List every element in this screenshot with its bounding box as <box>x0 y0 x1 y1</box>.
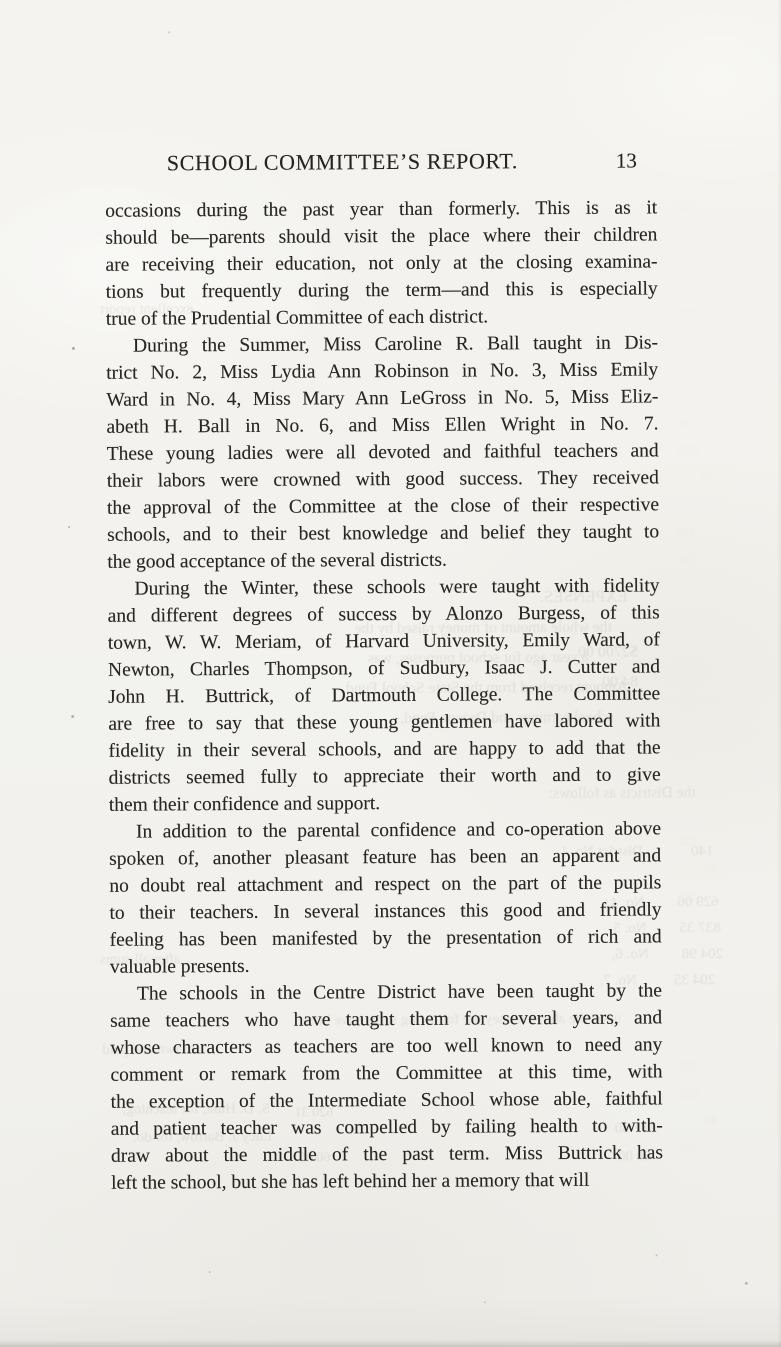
running-head-title: SCHOOL COMMITTEE’S REPORT. <box>167 148 518 176</box>
bleedthrough-mark <box>671 255 697 264</box>
text-line: occasions during the past year than form… <box>105 194 657 224</box>
bleedthrough-mark <box>674 418 692 427</box>
bleedthrough-mark <box>703 1116 717 1124</box>
text-line: the approval of the Committee at the clo… <box>107 491 659 521</box>
text-line: abeth H. Ball in No. 6, and Miss Ellen W… <box>106 410 658 440</box>
bleedthrough-mark <box>673 309 697 318</box>
bleedthrough-mark <box>680 1143 698 1152</box>
ink-speck <box>484 1301 486 1303</box>
text-line: and different degrees of success by Alon… <box>108 599 660 629</box>
text-line: These young ladies were all devoted and … <box>107 437 659 467</box>
bleedthrough-mark <box>697 242 711 250</box>
scan-bottom-edge-shadow <box>0 1340 781 1347</box>
text-line: The schools in the Centre District have … <box>110 977 662 1007</box>
bleedthrough-text: 140 <box>691 843 714 860</box>
scanned-page: excellent reportEXPENSES.the whole amoun… <box>0 0 781 1347</box>
bleedthrough-mark <box>677 555 693 564</box>
bleedthrough-mark <box>680 1061 698 1070</box>
text-line: and patient teacher was compelled by fai… <box>111 1112 663 1142</box>
bleedthrough-mark <box>677 891 699 900</box>
text-line: John H. Buttrick, of Dartmouth College. … <box>108 680 660 710</box>
bleedthrough-mark <box>677 836 697 845</box>
text-line: the exception of the Intermediate School… <box>111 1085 663 1115</box>
bleedthrough-mark <box>699 473 713 481</box>
text-line: should be—parents should visit the place… <box>105 221 657 251</box>
scan-right-edge-shadow <box>777 0 781 1347</box>
ink-speck <box>68 526 70 528</box>
bleedthrough-mark <box>675 228 691 237</box>
text-line: draw about the middle of the past term. … <box>111 1139 663 1169</box>
ink-speck <box>72 347 75 350</box>
text-line: tions but frequently during the term—and… <box>106 275 658 305</box>
paragraph: occasions during the past year than form… <box>105 194 658 332</box>
text-line: to their teachers. In several instances … <box>109 896 661 926</box>
page-content: excellent reportEXPENSES.the whole amoun… <box>0 0 781 1347</box>
paragraph: During the Summer, Miss Caroline R. Ball… <box>106 329 659 575</box>
text-line: town, W. W. Meriam, of Harvard Universit… <box>108 626 660 656</box>
page-header: SCHOOL COMMITTEE’S REPORT. 13 <box>105 147 657 182</box>
bleedthrough-mark <box>675 528 695 537</box>
page-number: 13 <box>616 148 637 173</box>
text-line: Ward in No. 4, Miss Mary Ann LeGross in … <box>106 383 658 413</box>
ink-speck <box>168 31 170 33</box>
ink-speck <box>656 1254 658 1256</box>
text-line: spoken of, another pleasant feature has … <box>109 842 661 872</box>
ink-speck <box>209 1271 211 1273</box>
bleedthrough-mark <box>673 201 695 210</box>
paragraph: The schools in the Centre District have … <box>110 977 663 1196</box>
paragraph: During the Winter, these schools were ta… <box>107 572 660 818</box>
bleedthrough-text: 204 98 <box>682 946 723 963</box>
text-line: left the school, but she has left behind… <box>111 1166 663 1196</box>
text-line: the good acceptance of the several distr… <box>107 545 659 575</box>
text-block: occasions during the past year than form… <box>105 194 663 1196</box>
text-line: no doubt real attachment and respect on … <box>109 869 661 899</box>
bleedthrough-mark <box>678 445 700 454</box>
text-line: During the Summer, Miss Caroline R. Ball… <box>106 329 658 359</box>
bleedthrough-mark <box>701 863 717 871</box>
text-line: fidelity in their several schools, and a… <box>108 734 660 764</box>
text-line: whose characters as teachers are too wel… <box>110 1031 662 1061</box>
text-line: trict No. 2, Miss Lydia Ann Robinson in … <box>106 356 658 386</box>
text-line: are receiving their education, not only … <box>105 248 657 278</box>
text-line: are free to say that these young gentlem… <box>108 707 660 737</box>
text-line: their labors were crowned with good succ… <box>107 464 659 494</box>
paragraph: In addition to the parental confidence a… <box>109 815 662 980</box>
bleedthrough-mark <box>679 1088 699 1097</box>
ink-speck <box>745 1282 748 1285</box>
text-line: feeling has been manifested by the prese… <box>110 923 662 953</box>
text-line: Newton, Charles Thompson, of Sudbury, Is… <box>108 653 660 683</box>
bleedthrough-mark <box>675 282 693 291</box>
text-line: During the Winter, these schools were ta… <box>107 572 659 602</box>
text-line: true of the Prudential Committee of each… <box>106 302 658 332</box>
bleedthrough-text: 837 35 <box>680 920 721 937</box>
ink-speck <box>71 715 74 718</box>
bleedthrough-text: 204 35 <box>674 972 715 989</box>
text-line: them their confidence and support. <box>109 788 661 818</box>
text-line: In addition to the parental confidence a… <box>109 815 661 845</box>
text-line: schools, and to their best knowledge and… <box>107 518 659 548</box>
text-line: comment or remark from the Committee at … <box>110 1058 662 1088</box>
text-line: same teachers who have taught them for s… <box>110 1004 662 1034</box>
text-line: districts seemed fully to appreciate the… <box>109 761 661 791</box>
text-line: valuable presents. <box>110 950 662 980</box>
